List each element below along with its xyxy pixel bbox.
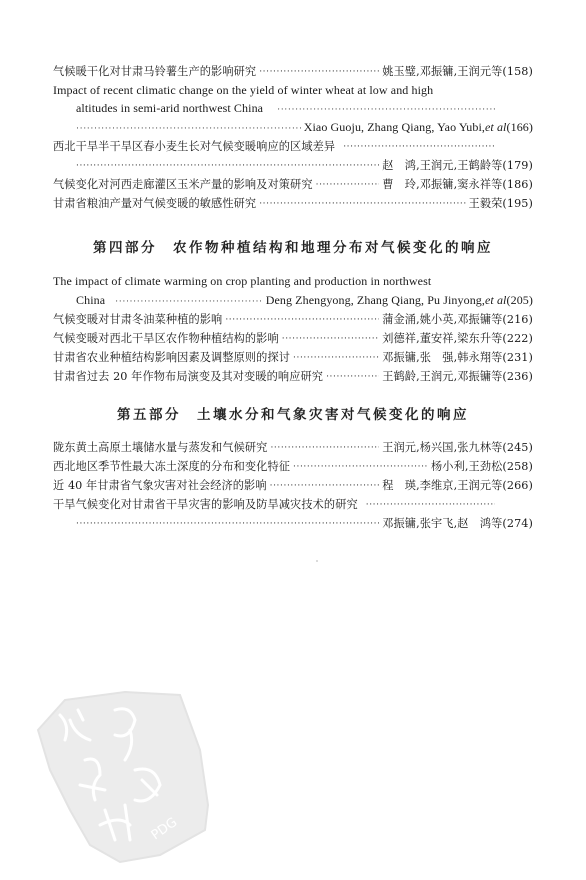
- entry-page: (274): [502, 516, 533, 531]
- entry-title: 气候变暖对甘肃冬油菜种植的影响: [53, 312, 222, 327]
- toc-entry[interactable]: 气候变暖对甘肃冬油菜种植的影响 蒲金涌,姚小英,邓振镛等 (216): [53, 312, 533, 327]
- leader-dots: [76, 160, 379, 173]
- toc-entry[interactable]: 干旱气候变化对甘肃省干旱灾害的影响及防旱减灾技术的研究: [53, 497, 533, 512]
- entry-title: 近 40 年甘肃省气象灾害对社会经济的影响: [53, 478, 267, 493]
- entry-page: (258): [502, 459, 533, 474]
- entry-title: altitudes in semi-arid northwest China: [76, 101, 263, 116]
- toc-entry[interactable]: 甘肃省粮油产量对气候变暖的敏感性研究 王毅荣 (195): [53, 196, 533, 211]
- section-part-label: 第四部分: [93, 240, 157, 256]
- entry-authors: Xiao Guoju, Zhang Qiang, Yao Yubi,: [304, 120, 485, 135]
- entry-title: 西北地区季节性最大冻土深度的分布和变化特征: [53, 459, 290, 474]
- entry-authors: 邓振镛,张宇飞,赵 鸿等: [382, 516, 502, 531]
- leader-dots: [76, 122, 301, 135]
- entry-page: (166): [507, 120, 534, 135]
- section-title: 土壤水分和气象灾害对气候变化的响应: [197, 407, 469, 423]
- leader-dots: [225, 314, 379, 327]
- entry-page: (186): [502, 177, 533, 192]
- entry-page: (205): [507, 293, 534, 308]
- entry-authors: 杨小利,王劲松: [431, 459, 502, 474]
- entry-title: 干旱气候变化对甘肃省干旱灾害的影响及防旱减灾技术的研究: [53, 497, 358, 512]
- entry-page: (231): [502, 350, 533, 365]
- leader-dots: [282, 333, 379, 346]
- toc-entry[interactable]: 西北干旱半干旱区春小麦生长对气候变暖响应的区域差异: [53, 139, 533, 154]
- entry-title: China: [76, 293, 105, 308]
- toc-entry[interactable]: 甘肃省过去 20 年作物布局演变及其对变暖的响应研究 王鹤龄,王润元,邓振镛等 …: [53, 369, 533, 384]
- entry-page: (158): [502, 64, 533, 79]
- entry-page: (245): [502, 440, 533, 455]
- section-heading: 第四部分农作物种植结构和地理分布对气候变化的响应: [0, 236, 586, 256]
- entry-authors: 王鹤龄,王润元,邓振镛等: [382, 369, 502, 384]
- toc-entry[interactable]: 甘肃省农业种植结构影响因素及调整原则的探讨 邓振镛,张 强,韩永翔等 (231): [53, 350, 533, 365]
- leader-dots: [366, 499, 495, 512]
- entry-authors: 王润元,杨兴国,张九林等: [382, 440, 502, 455]
- entry-page: (236): [502, 369, 533, 384]
- entry-page: (222): [502, 331, 533, 346]
- leader-dots: [343, 141, 495, 154]
- toc-entry[interactable]: 西北地区季节性最大冻土深度的分布和变化特征 杨小利,王劲松 (258): [53, 459, 533, 474]
- entry-title: 气候变暖对西北干旱区农作物种植结构的影响: [53, 331, 279, 346]
- entry-title: 甘肃省农业种植结构影响因素及调整原则的探讨: [53, 350, 290, 365]
- toc-entry[interactable]: 气候变暖对西北干旱区农作物种植结构的影响 刘德祥,董安祥,梁东升等 (222): [53, 331, 533, 346]
- leader-dots: [293, 352, 379, 365]
- entry-authors: 赵 鸿,王润元,王鹤龄等: [382, 158, 502, 173]
- section-heading: 第五部分土壤水分和气象灾害对气候变化的响应: [0, 403, 586, 423]
- toc-entry[interactable]: 气候暖干化对甘肃马铃薯生产的影响研究 姚玉璧,邓振镛,王润元等 (158): [53, 64, 533, 79]
- entry-authors: 王毅荣: [469, 196, 503, 211]
- leader-dots: [259, 66, 379, 79]
- entry-authors: 曹 玲,邓振镛,窦永祥等: [382, 177, 502, 192]
- scan-artifact: [316, 560, 318, 562]
- entry-title: Impact of recent climatic change on the …: [53, 83, 433, 98]
- entry-authors-etal: et al: [485, 293, 507, 308]
- entry-authors: 邓振镛,张 强,韩永翔等: [382, 350, 502, 365]
- entry-title: 甘肃省过去 20 年作物布局演变及其对变暖的响应研究: [53, 369, 323, 384]
- toc-entry-continuation[interactable]: altitudes in semi-arid northwest China: [76, 101, 533, 116]
- entry-title: 气候暖干化对甘肃马铃薯生产的影响研究: [53, 64, 256, 79]
- toc-entry-continuation[interactable]: 赵 鸿,王润元,王鹤龄等 (179): [76, 158, 533, 173]
- entry-page: (195): [502, 196, 533, 211]
- toc-entry-continuation[interactable]: Xiao Guoju, Zhang Qiang, Yao Yubi, et al…: [76, 120, 533, 135]
- leader-dots: [277, 103, 495, 116]
- toc-entry[interactable]: 气候变化对河西走廊灌区玉米产量的影响及对策研究 曹 玲,邓振镛,窦永祥等 (18…: [53, 177, 533, 192]
- leader-dots: [76, 518, 379, 531]
- leader-dots: [270, 442, 379, 455]
- entry-title: The impact of climate warming on crop pl…: [53, 274, 431, 289]
- entry-title: 西北干旱半干旱区春小麦生长对气候变暖响应的区域差异: [53, 139, 335, 154]
- toc-entry[interactable]: Impact of recent climatic change on the …: [53, 83, 533, 98]
- entry-authors: 蒲金涌,姚小英,邓振镛等: [382, 312, 502, 327]
- entry-authors: 刘德祥,董安祥,梁东升等: [382, 331, 502, 346]
- leader-dots: [326, 371, 379, 384]
- entry-title: 气候变化对河西走廊灌区玉米产量的影响及对策研究: [53, 177, 313, 192]
- entry-title: 甘肃省粮油产量对气候变暖的敏感性研究: [53, 196, 256, 211]
- leader-dots: [270, 480, 380, 493]
- entry-authors-etal: et al: [485, 120, 507, 135]
- entry-authors: 姚玉璧,邓振镛,王润元等: [382, 64, 502, 79]
- leader-dots: [316, 179, 380, 192]
- leader-dots: [115, 295, 263, 308]
- entry-page: (179): [502, 158, 533, 173]
- section-part-label: 第五部分: [117, 407, 181, 423]
- entry-title: 陇东黄土高原土壤储水量与蒸发和气候研究: [53, 440, 267, 455]
- leader-dots: [259, 198, 465, 211]
- leader-dots: [293, 461, 428, 474]
- toc-page: 气候暖干化对甘肃马铃薯生产的影响研究 姚玉璧,邓振镛,王润元等 (158) Im…: [0, 0, 586, 880]
- toc-entry[interactable]: 近 40 年甘肃省气象灾害对社会经济的影响 程 瑛,李维京,王润元等 (266): [53, 478, 533, 493]
- toc-entry-continuation[interactable]: 邓振镛,张宇飞,赵 鸿等 (274): [76, 516, 533, 531]
- entry-authors: Deng Zhengyong, Zhang Qiang, Pu Jinyong,: [266, 293, 485, 308]
- toc-entry-continuation[interactable]: China Deng Zhengyong, Zhang Qiang, Pu Ji…: [76, 293, 533, 308]
- entry-page: (266): [502, 478, 533, 493]
- toc-entry[interactable]: The impact of climate warming on crop pl…: [53, 274, 533, 289]
- section-title: 农作物种植结构和地理分布对气候变化的响应: [173, 240, 493, 256]
- watermark-seal-icon: PDG: [30, 690, 215, 865]
- toc-entry[interactable]: 陇东黄土高原土壤储水量与蒸发和气候研究 王润元,杨兴国,张九林等 (245): [53, 440, 533, 455]
- entry-authors: 程 瑛,李维京,王润元等: [382, 478, 502, 493]
- entry-page: (216): [502, 312, 533, 327]
